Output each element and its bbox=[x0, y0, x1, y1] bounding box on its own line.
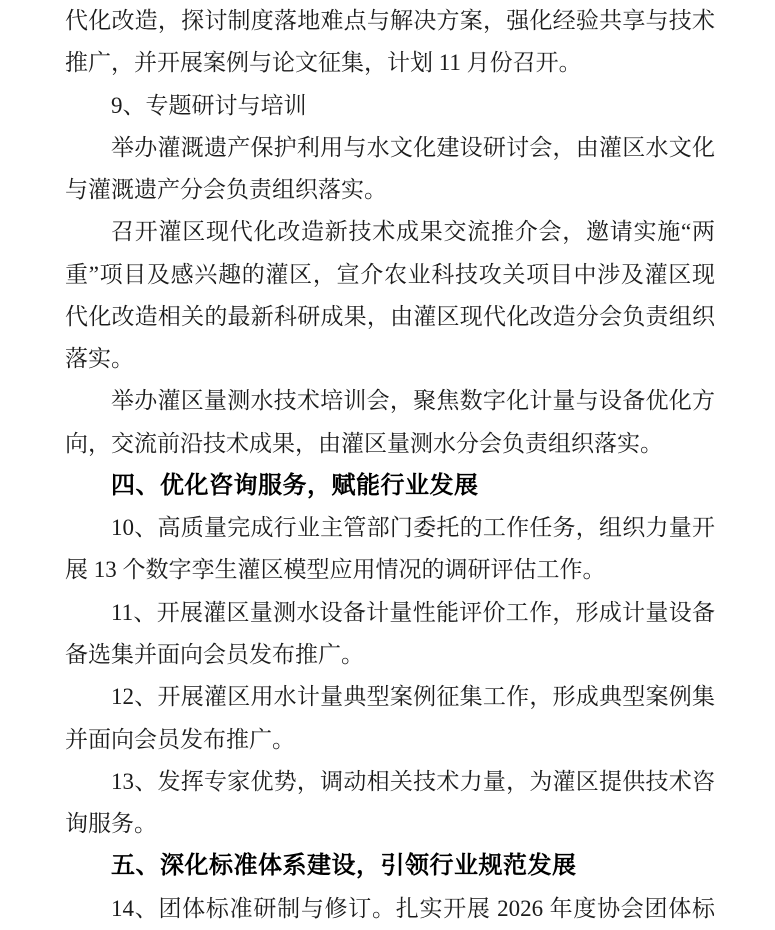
document-page: 代化改造，探讨制度落地难点与解决方案，强化经验共享与技术 推广，并开展案例与论文… bbox=[0, 0, 775, 930]
list-item-14: 14、团体标准研制与修订。扎实开展 2026 年度协会团体标 bbox=[65, 888, 715, 930]
text-line: 备选集并面向会员发布推广。 bbox=[65, 634, 715, 676]
text-line: 举办灌区量测水技术培训会，聚焦数字化计量与设备优化方 bbox=[65, 380, 715, 422]
text-line: 代化改造相关的最新科研成果，由灌区现代化改造分会负责组织 bbox=[65, 296, 715, 338]
text-line: 举办灌溉遗产保护利用与水文化建设研讨会，由灌区水文化 bbox=[65, 127, 715, 169]
text-line: 落实。 bbox=[65, 338, 715, 380]
text-line: 重”项目及感兴趣的灌区，宣介农业科技攻关项目中涉及灌区现 bbox=[65, 254, 715, 296]
text-line: 向，交流前沿技术成果，由灌区量测水分会负责组织落实。 bbox=[65, 423, 715, 465]
list-item-9: 9、专题研讨与培训 bbox=[65, 85, 715, 127]
section-heading-4: 四、优化咨询服务，赋能行业发展 bbox=[65, 465, 715, 507]
text-line: 并面向会员发布推广。 bbox=[65, 719, 715, 761]
text-line: 展 13 个数字孪生灌区模型应用情况的调研评估工作。 bbox=[65, 549, 715, 591]
text-line: 询服务。 bbox=[65, 803, 715, 845]
section-heading-5: 五、深化标准体系建设，引领行业规范发展 bbox=[65, 845, 715, 887]
list-item-11: 11、开展灌区量测水设备计量性能评价工作，形成计量设备 bbox=[65, 592, 715, 634]
text-line: 推广，并开展案例与论文征集，计划 11 月份召开。 bbox=[65, 42, 715, 84]
list-item-13: 13、发挥专家优势，调动相关技术力量，为灌区提供技术咨 bbox=[65, 761, 715, 803]
list-item-10: 10、高质量完成行业主管部门委托的工作任务，组织力量开 bbox=[65, 507, 715, 549]
text-line: 与灌溉遗产分会负责组织落实。 bbox=[65, 169, 715, 211]
list-item-12: 12、开展灌区用水计量典型案例征集工作，形成典型案例集 bbox=[65, 676, 715, 718]
text-line: 召开灌区现代化改造新技术成果交流推介会，邀请实施“两 bbox=[65, 211, 715, 253]
text-line: 代化改造，探讨制度落地难点与解决方案，强化经验共享与技术 bbox=[65, 0, 715, 42]
